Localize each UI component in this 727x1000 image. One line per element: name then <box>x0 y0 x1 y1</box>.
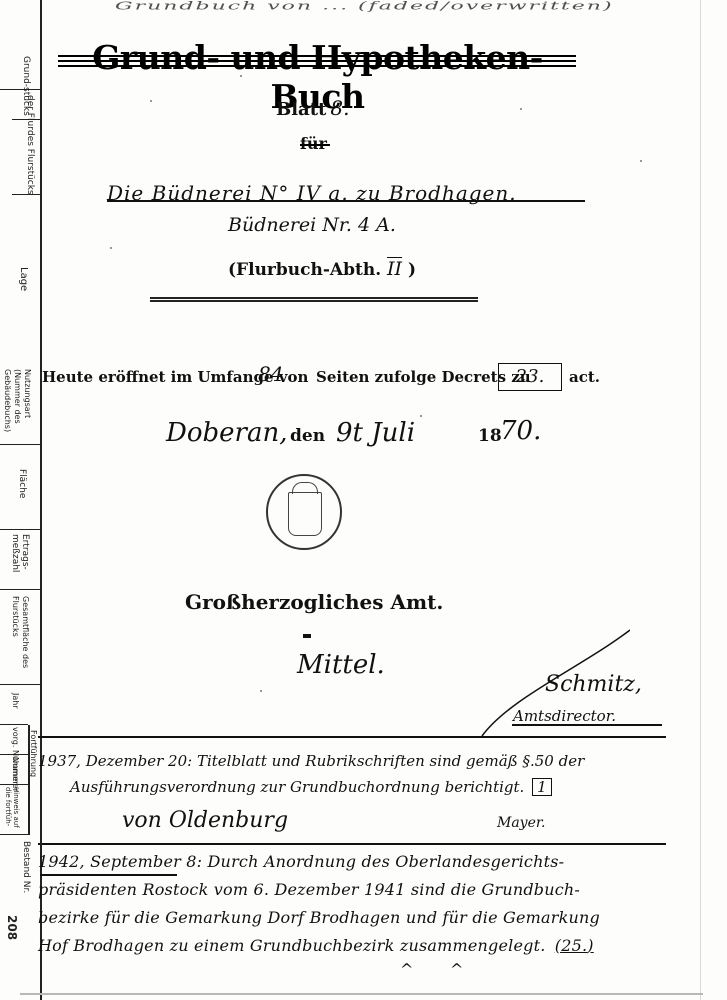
entry-1-signature-left: von Oldenburg <box>122 808 288 833</box>
margin-cell-jahr: Jahr <box>0 685 28 725</box>
title-strike-line <box>58 65 576 67</box>
fuer-strike-line <box>300 144 330 146</box>
scan-speck <box>240 75 242 77</box>
title-strike-line <box>58 60 576 62</box>
margin-label: Nutzungsart (Nummer des Gebäudebuchs) <box>2 369 32 439</box>
entry-2-line-4: Hof Brodhagen zu einem Grundbuchbezirk z… <box>38 936 594 955</box>
signature-left: Mittel. <box>297 650 385 680</box>
signature-underline <box>512 724 662 726</box>
margin-register-form: Grund-stücks der Flur des Flurstücks Lag… <box>0 0 42 1000</box>
year-handwritten: 70. <box>500 416 541 446</box>
signature-right: Schmitz, <box>545 672 642 697</box>
margin-label-fortfuehrung: Fortführung <box>29 730 38 777</box>
margin-cell-flur: der Flur <box>12 90 40 120</box>
margin-label: Hinweis auf die fortfüh- <box>4 787 20 832</box>
den-label: den <box>290 426 325 446</box>
document-page: Grund-stücks der Flur des Flurstücks Lag… <box>0 0 727 1000</box>
date-day-month: 9t Juli <box>336 418 415 448</box>
flurbuch-label: (Flurbuch-Abth. <box>228 260 381 280</box>
entry-2-line-1: 1942, September 8: Durch Anordnung des O… <box>38 852 564 871</box>
margin-cell-flaeche: Fläche <box>0 445 40 530</box>
margin-cell-grundstuecks: Grund-stücks <box>0 50 40 90</box>
place-name: Doberan, <box>166 418 287 448</box>
margin-label: Jahr <box>11 693 20 709</box>
opening-text-3: act. <box>569 368 600 386</box>
margin-cell-bestand: Bestand Nr. 208 <box>0 835 40 985</box>
scan-speck <box>640 160 642 162</box>
bestand-number: 208 <box>7 915 16 940</box>
signature-right-title: Amtsdirector. <box>513 707 616 725</box>
coat-of-arms-icon <box>288 492 322 536</box>
scan-speck <box>520 108 522 110</box>
margin-cell-ertragsmesszahl: Ertrags-meßzahl <box>0 530 40 590</box>
page-edge-right <box>700 0 701 1000</box>
margin-label: Lage <box>19 267 28 291</box>
entry-1-reference: 1 <box>532 778 552 796</box>
caret-mark: ^ <box>450 960 463 979</box>
entry-2-line-3: bezirke für die Gemarkung Dorf Brodhagen… <box>38 908 600 927</box>
scan-speck <box>420 415 422 417</box>
margin-cell-nummer: Nummer <box>0 755 28 785</box>
margin-label: Bestand Nr. <box>21 841 30 893</box>
official-seal <box>266 474 342 550</box>
opening-page-count: 84 <box>258 362 283 386</box>
margin-label: Fläche <box>17 469 26 498</box>
owner-old-strike-line <box>107 200 585 202</box>
entry-1-line-1: 1937, Dezember 20: Titelblatt und Rubrik… <box>38 752 584 770</box>
scan-speck <box>260 690 262 692</box>
blatt-label: Blatt <box>276 99 326 120</box>
blatt-number: 8. <box>330 96 349 120</box>
margin-cell-gesamtflaeche: Gesamtfläche des Flurstücks <box>0 590 40 685</box>
authority-name: Großherzogliches Amt. <box>185 590 443 614</box>
entry-1-signature-right: Mayer. <box>497 815 545 831</box>
flurbuch-line: (Flurbuch-Abth. II ) <box>228 258 416 280</box>
caret-mark: ^ <box>400 960 413 979</box>
margin-cell-flurstueck: des Flurstücks <box>12 120 40 195</box>
page-edge-bottom <box>20 993 703 995</box>
flurbuch-close: ) <box>408 260 416 280</box>
entry-1-line-2: Ausführungsverordnung zur Grundbuchordnu… <box>70 778 552 796</box>
double-divider <box>150 297 478 302</box>
scan-speck <box>150 100 152 102</box>
entry-divider <box>38 843 666 845</box>
title-strike-line <box>58 55 576 57</box>
scan-speck <box>110 247 112 249</box>
entry-2-line-2: präsidenten Rostock vom 6. Dezember 1941… <box>38 880 580 899</box>
entry-1-line-2-text: Ausführungsverordnung zur Grundbuchordnu… <box>70 778 524 796</box>
year-printed: 18 <box>478 426 502 446</box>
entry-divider <box>38 736 666 738</box>
margin-label: Ertrags-meßzahl <box>10 534 30 584</box>
entry-2-line-4-text: Hof Brodhagen zu einem Grundbuchbezirk z… <box>38 936 546 955</box>
entry-2-reference: (25.) <box>555 936 594 955</box>
entry-2-date-underline <box>40 874 177 876</box>
flurbuch-value: II <box>387 258 402 280</box>
owner-new-text: Büdnerei Nr. 4 A. <box>228 214 396 236</box>
margin-label: des Flurstücks <box>25 130 34 195</box>
margin-cell-hinweis: Hinweis auf die fortfüh- <box>0 785 28 835</box>
blatt-line: Blatt8. <box>276 96 349 120</box>
signature-mark <box>303 634 311 638</box>
decree-number-box: 23. <box>498 363 562 391</box>
margin-cell-vorg-nummer: vorg. Nummer <box>0 725 28 755</box>
margin-cell-nutzungsart: Nutzungsart (Nummer des Gebäudebuchs) <box>0 365 40 445</box>
margin-label: Gesamtfläche des Flurstücks <box>10 596 30 676</box>
margin-cell-lage: Lage <box>0 195 40 365</box>
faded-header-text: Grundbuch von ... (faded/overwritten) <box>115 0 614 13</box>
